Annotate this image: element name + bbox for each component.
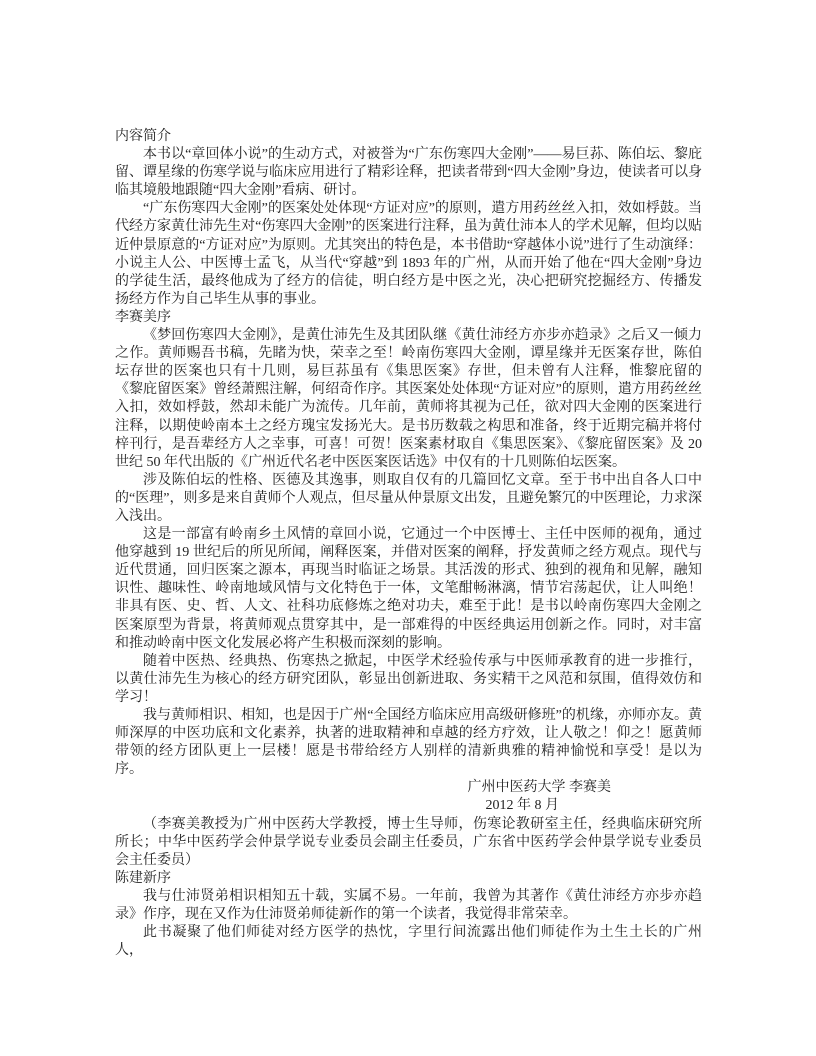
paragraph-preface2-1: 我与仕沛贤弟相识相知五十载，实属不易。一年前，我曾为其著作《黄仕沛经方亦步亦趋录…: [115, 888, 702, 924]
paragraph-preface-1: 《梦回伤寒四大金刚》，是黄仕沛先生及其团队继《黄仕沛经方亦步亦趋录》之后又一倾力…: [115, 327, 702, 472]
paragraph-preface-3: 这是一部富有岭南乡土风情的章回小说，它通过一个中医博士、主任中医师的视角，通过他…: [115, 526, 702, 653]
document-content: 内容简介 本书以“章回体小说”的生动方式，对被誉为“广东伤寒四大金刚”——易巨荪…: [115, 128, 702, 960]
paragraph-summary-2: “广东伤寒四大金刚”的医案处处体现“方证对应”的原则，遣方用药丝丝入扣，效如桴鼓…: [115, 200, 702, 309]
heading-li-saimei-preface: 李赛美序: [115, 309, 702, 327]
signature-line: 广州中医药大学 李赛美: [115, 779, 702, 797]
document-page: 内容简介 本书以“章回体小说”的生动方式，对被誉为“广东伤寒四大金刚”——易巨荪…: [0, 0, 816, 1056]
paragraph-author-bio: （李赛美教授为广州中医药大学教授，博士生导师，伤寒论教研室主任，经典临床研究所所…: [115, 816, 702, 870]
heading-content-summary: 内容简介: [115, 128, 702, 146]
paragraph-preface-4: 随着中医热、经典热、伤寒热之掀起，中医学术经验传承与中医师承教育的进一步推行，以…: [115, 653, 702, 707]
paragraph-preface-2: 涉及陈伯坛的性格、医德及其逸事，则取自仅有的几篇回忆文章。至于书中出自各人口中的…: [115, 472, 702, 526]
heading-chen-jianxin-preface: 陈建新序: [115, 870, 702, 888]
paragraph-preface2-2: 此书凝聚了他们师徒对经方医学的热忱，字里行间流露出他们师徒作为土生土长的广州人，: [115, 924, 702, 960]
paragraph-preface-5: 我与黄师相识、相知，也是因于广州“全国经方临床应用高级研修班”的机缘，亦师亦友。…: [115, 707, 702, 779]
paragraph-summary-1: 本书以“章回体小说”的生动方式，对被誉为“广东伤寒四大金刚”——易巨荪、陈伯坛、…: [115, 146, 702, 200]
date-line: 2012 年 8 月: [115, 797, 702, 815]
